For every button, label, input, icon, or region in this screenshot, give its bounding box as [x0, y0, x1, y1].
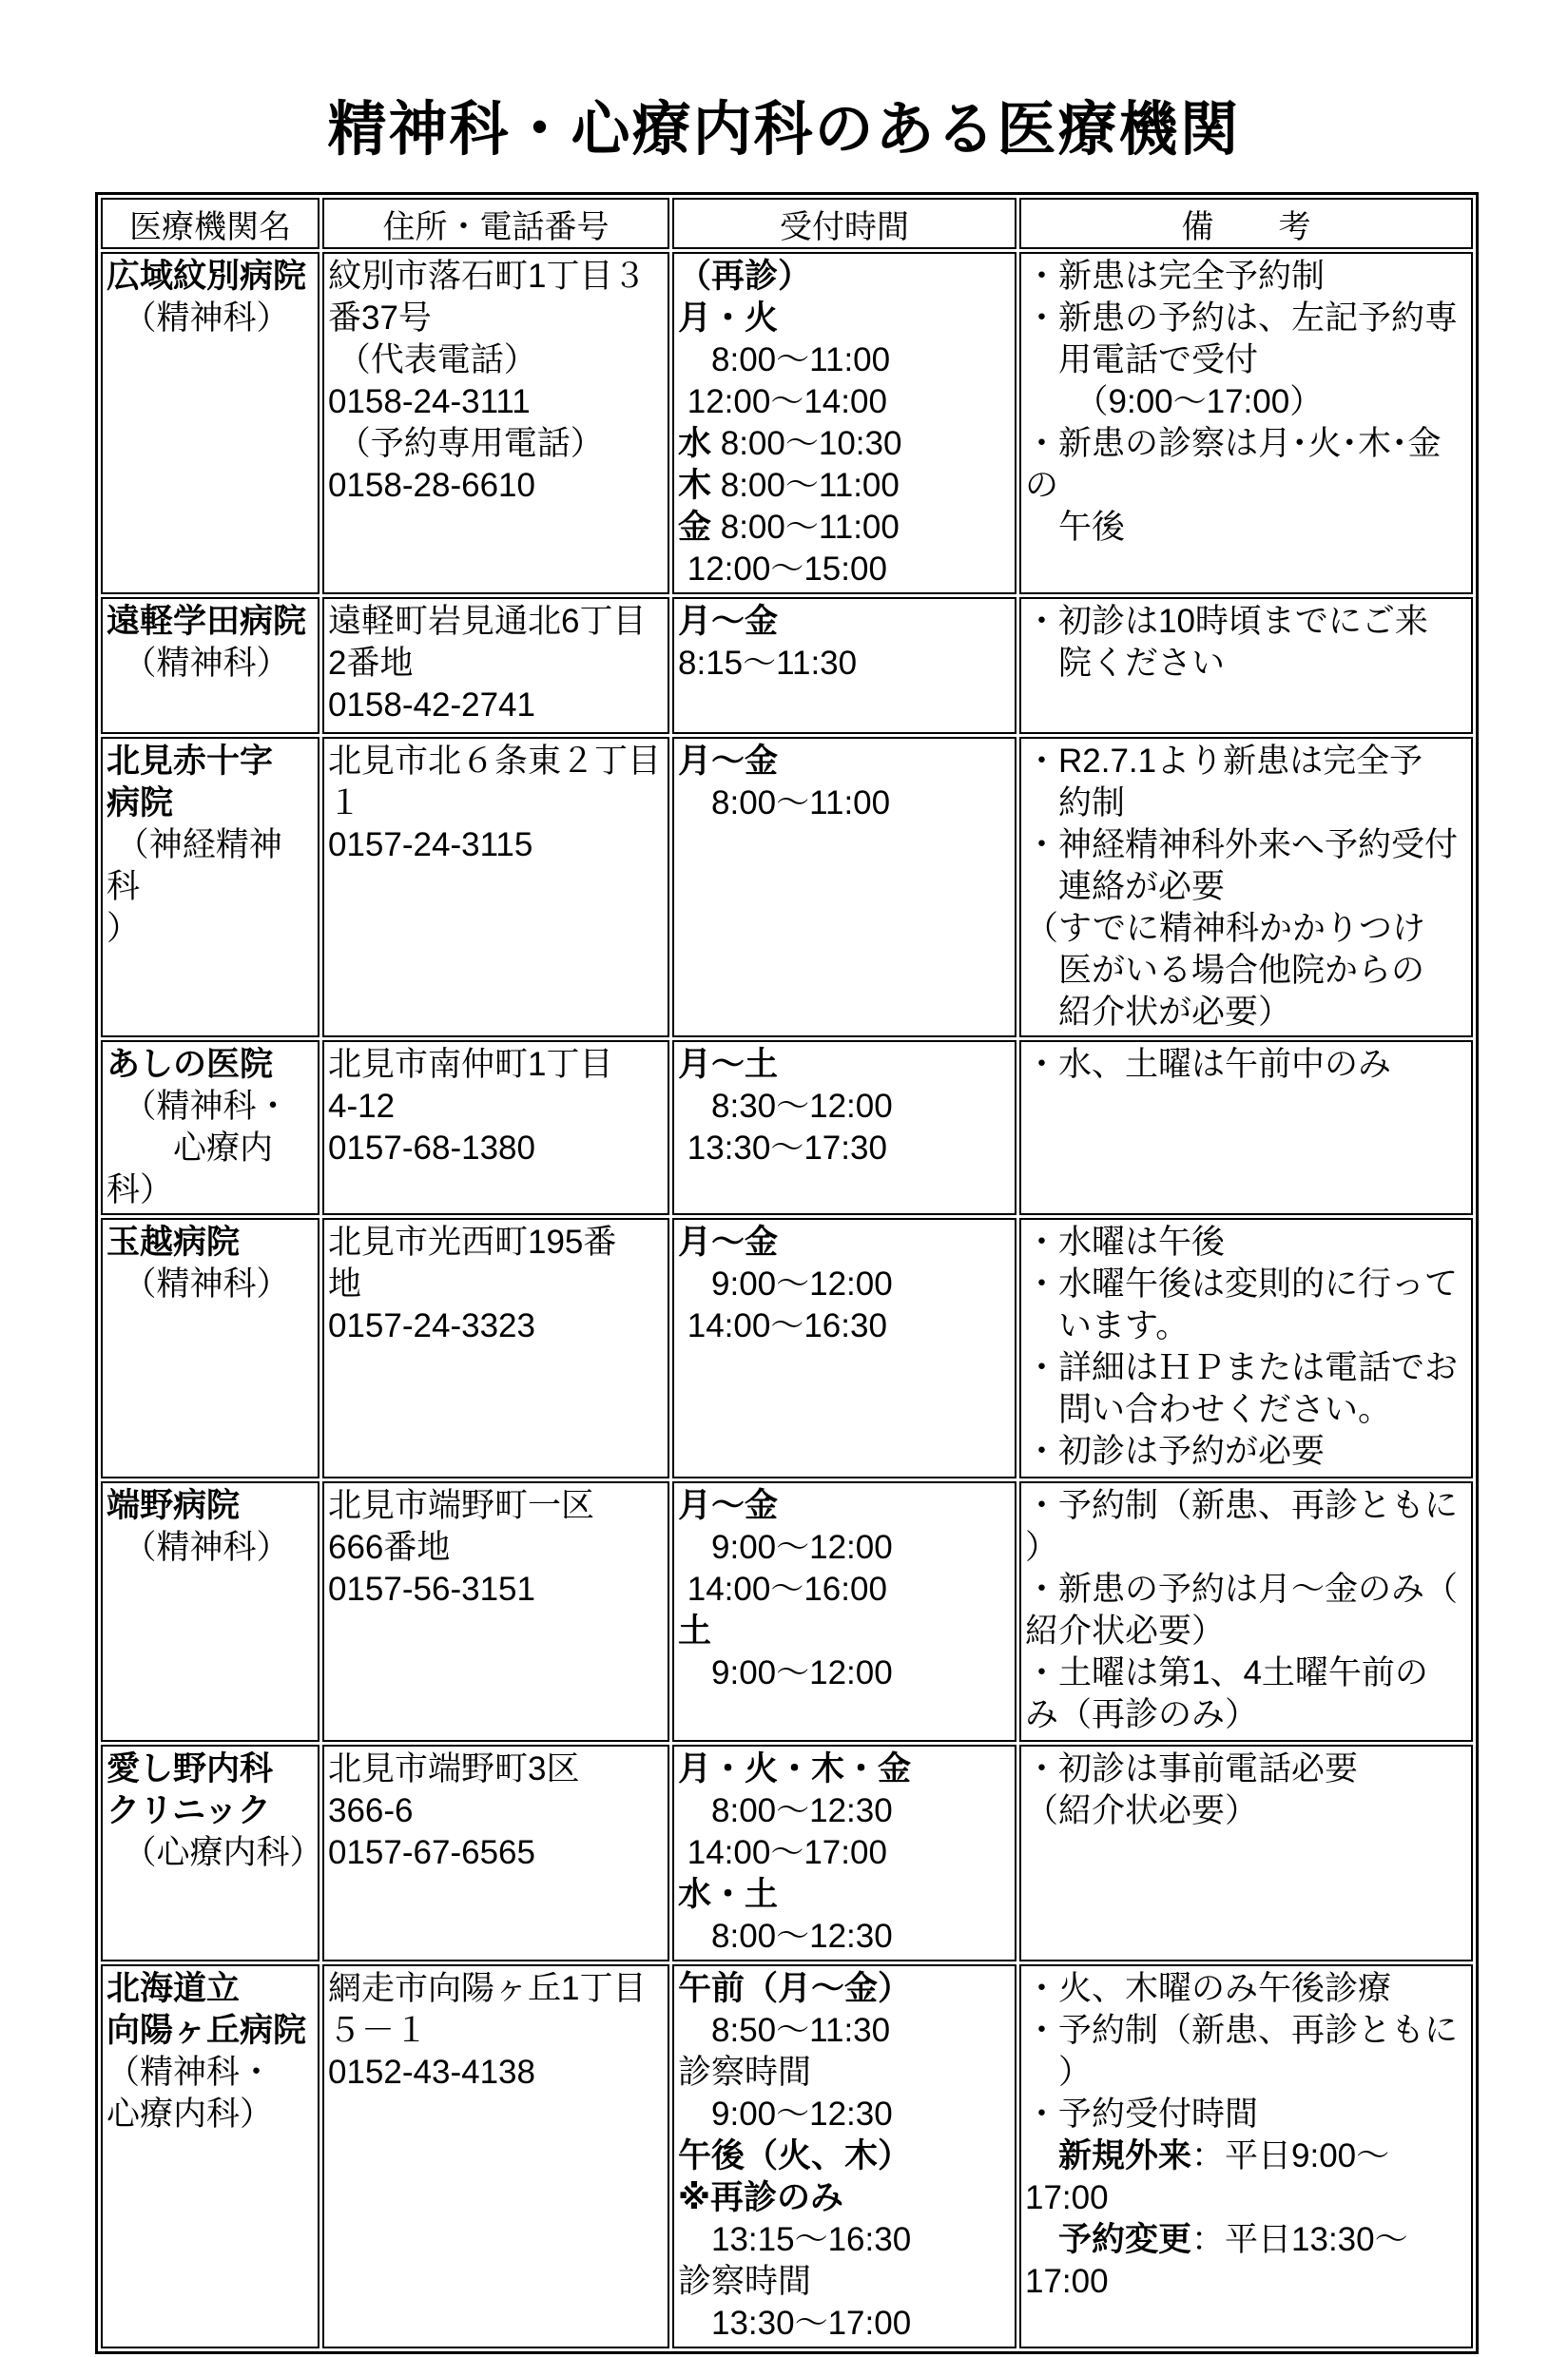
text-line: 北海道立	[106, 1968, 315, 2010]
cell-institution-name: 遠軽学田病院 （精神科）	[101, 597, 319, 734]
header-reception-hours: 受付時間	[672, 198, 1016, 249]
table-body: 広域紋別病院 （精神科）紋別市落石町1丁目３番37号 （代表電話）0158-24…	[101, 252, 1473, 2348]
text-line: 17:00	[1025, 2261, 1468, 2303]
text: ・初診は10時頃までにご来	[1025, 603, 1428, 640]
text-line: 遠軽学田病院	[106, 601, 315, 643]
text: ・新患の予約は月～金のみ（	[1025, 1571, 1458, 1608]
text-line: 約制	[1025, 782, 1468, 824]
text: （すでに精神科かかりつけ	[1025, 910, 1425, 947]
bold-text: 遠軽学田病院	[106, 603, 306, 640]
text-line: 心療内科）	[106, 1128, 315, 1211]
text: 14:00～17:00	[678, 1834, 887, 1871]
text: ）	[106, 910, 140, 947]
text-line: 366-6	[328, 1790, 665, 1832]
text	[1025, 2221, 1058, 2258]
bold-text: 広域紋別病院	[106, 258, 306, 295]
text: ・水曜午後は変則的に行って	[1025, 1265, 1458, 1303]
text: ・神経精神科外来へ予約受付	[1025, 826, 1458, 863]
cell-remarks: ・予約制（新患、再診ともに）・新患の予約は月～金のみ（紹介状必要）・土曜は第1、…	[1019, 1481, 1473, 1742]
text-line: ・予約受付時間	[1025, 2094, 1468, 2135]
text: 診察時間	[678, 2054, 811, 2091]
cell-institution-name: 愛し野内科クリニック （心療内科）	[101, 1745, 319, 1961]
text-line: 玉越病院	[106, 1222, 315, 1264]
text: 連絡が必要	[1025, 868, 1225, 905]
text: ・水、土曜は午前中のみ	[1025, 1046, 1391, 1083]
text: （予約専用電話）	[328, 425, 604, 462]
text: 8:30～12:00	[678, 1088, 893, 1125]
text: 院ください	[1025, 645, 1225, 682]
cell-remarks: ・初診は事前電話必要（紹介状必要）	[1019, 1745, 1473, 1961]
text-line: 地	[328, 1264, 665, 1305]
text-line: 12:00～14:00	[678, 381, 1012, 423]
text-line: 0157-68-1380	[328, 1128, 665, 1169]
table-row: 北海道立向陽ヶ丘病院（精神科・心療内科）網走市向陽ヶ丘1丁目５－１0152-43…	[101, 1964, 1473, 2348]
header-remarks: 備 考	[1019, 198, 1473, 249]
text-line: 番37号	[328, 298, 665, 339]
text-line: 金 8:00～11:00	[678, 507, 1012, 549]
cell-remarks: ・新患は完全予約制・新患の予約は、左記予約専 用電話で受付 （9:00～17:0…	[1019, 252, 1473, 594]
text-line: 紹介状が必要）	[1025, 992, 1468, 1034]
text-line: 8:15～11:30	[678, 643, 1012, 685]
text: 午後	[1025, 509, 1125, 546]
text: 14:00～16:00	[678, 1571, 887, 1608]
text-line: ・予約制（新患、再診ともに	[1025, 2010, 1468, 2052]
cell-address-phone: 北見市端野町3区366-60157-67-6565	[322, 1745, 669, 1961]
text-line: 用電話で受付	[1025, 339, 1468, 381]
text: 0157-24-3323	[328, 1307, 535, 1344]
text-line: ・水、土曜は午前中のみ	[1025, 1044, 1468, 1086]
cell-remarks: ・R2.7.1より新患は完全予 約制・神経精神科外来へ予約受付 連絡が必要（すで…	[1019, 737, 1473, 1037]
text-line: ）	[1025, 1527, 1468, 1569]
text: （紹介状必要）	[1025, 1792, 1258, 1829]
text-line: 2番地	[328, 643, 665, 685]
text-line: 8:50～11:30	[678, 2010, 1012, 2052]
text-line: 8:00～12:30	[678, 1916, 1012, 1958]
text: 666番地	[328, 1529, 450, 1566]
text-line: 紹介状必要）	[1025, 1611, 1468, 1652]
text-line: 9:00～12:00	[678, 1652, 1012, 1694]
text-line: クリニック	[106, 1790, 315, 1832]
text-line: 月・火	[678, 298, 1012, 339]
text-line: 月～金	[678, 1485, 1012, 1527]
text: ・初診は予約が必要	[1025, 1433, 1325, 1470]
bold-text: 午前（月～金）	[678, 1970, 911, 2007]
text-line: 8:00～12:30	[678, 1790, 1012, 1832]
text-line: 診察時間	[678, 2052, 1012, 2094]
text-line: います。	[1025, 1305, 1468, 1347]
text-line: 北見市南仲町1丁目	[328, 1044, 665, 1086]
text-line: 13:15～16:30	[678, 2219, 1012, 2261]
text-line: （精神科・	[106, 2052, 315, 2094]
cell-reception-hours: （再診）月・火 8:00～11:00 12:00～14:00水 8:00～10:…	[672, 252, 1016, 594]
bold-text: 北海道立	[106, 1970, 240, 2007]
text-line: み（再診のみ）	[1025, 1694, 1468, 1736]
text: ・初診は事前電話必要	[1025, 1750, 1358, 1787]
text-line: 0157-24-3323	[328, 1305, 665, 1347]
text: 心療内科）	[106, 2096, 273, 2133]
text-line: あしの医院	[106, 1044, 315, 1086]
text-line: 9:00～12:00	[678, 1264, 1012, 1305]
bold-text: 月～土	[678, 1046, 778, 1083]
text: （代表電話）	[328, 341, 537, 378]
table-row: 遠軽学田病院 （精神科）遠軽町岩見通北6丁目2番地0158-42-2741月～金…	[101, 597, 1473, 734]
bold-text: 月～金	[678, 1487, 778, 1524]
cell-address-phone: 網走市向陽ヶ丘1丁目５－１0152-43-4138	[322, 1964, 669, 2348]
text-line: 水 8:00～10:30	[678, 423, 1012, 465]
text: 網走市向陽ヶ丘1丁目	[328, 1970, 646, 2007]
text: 8:00～12:30	[678, 1918, 893, 1955]
cell-institution-name: 玉越病院 （精神科）	[101, 1218, 319, 1478]
text: 0157-24-3115	[328, 826, 532, 863]
text: ・詳細はＨＰまたは電話でお	[1025, 1349, 1458, 1386]
cell-reception-hours: 月～金 8:00～11:00	[672, 737, 1016, 1037]
bold-text: 金	[678, 509, 711, 546]
text-line: ・水曜は午後	[1025, 1222, 1468, 1264]
bold-text: ※再診のみ	[678, 2179, 843, 2216]
text-line: （予約専用電話）	[328, 423, 665, 465]
text-line: 14:00～16:00	[678, 1569, 1012, 1611]
text-line: 向陽ヶ丘病院	[106, 2010, 315, 2052]
text-line: 午後	[1025, 507, 1468, 549]
text: います。	[1025, 1307, 1189, 1344]
cell-institution-name: あしの医院 （精神科・ 心療内科）	[101, 1040, 319, 1215]
text: （9:00～17:00）	[1025, 383, 1323, 420]
text-line: 9:00～12:30	[678, 2094, 1012, 2135]
text: ・予約受付時間	[1025, 2096, 1258, 2133]
cell-address-phone: 遠軽町岩見通北6丁目2番地0158-42-2741	[322, 597, 669, 734]
text: 2番地	[328, 645, 413, 682]
text: 9:00～12:00	[678, 1529, 893, 1566]
cell-institution-name: 広域紋別病院 （精神科）	[101, 252, 319, 594]
text-line: 13:30～17:30	[678, 1128, 1012, 1169]
text: 北見市南仲町1丁目	[328, 1046, 612, 1083]
text-line: ・予約制（新患、再診ともに	[1025, 1485, 1468, 1527]
cell-remarks: ・水曜は午後・水曜午後は変則的に行って います。・詳細はＨＰまたは電話でお 問い…	[1019, 1218, 1473, 1478]
cell-address-phone: 紋別市落石町1丁目３番37号 （代表電話）0158-24-3111 （予約専用電…	[322, 252, 669, 594]
table-row: 端野病院 （精神科）北見市端野町一区666番地0157-56-3151月～金 9…	[101, 1481, 1473, 1742]
text-line: 北見市光西町195番	[328, 1222, 665, 1264]
text: 9:00～12:00	[678, 1265, 893, 1303]
text: （神経精神科	[106, 826, 282, 905]
text-line: 8:00～11:00	[678, 782, 1012, 824]
cell-address-phone: 北見市南仲町1丁目4-120157-68-1380	[322, 1040, 669, 1215]
text: 遠軽町岩見通北6丁目	[328, 603, 646, 640]
text-line: 土	[678, 1611, 1012, 1652]
text-line: （9:00～17:00）	[1025, 381, 1468, 423]
cell-institution-name: 北見赤十字病院 （神経精神科）	[101, 737, 319, 1037]
text: （精神科）	[106, 1529, 290, 1566]
bold-text: 北見赤十字	[106, 743, 273, 780]
cell-reception-hours: 月～金 9:00～12:00 14:00～16:30	[672, 1218, 1016, 1478]
bold-text: クリニック	[106, 1792, 271, 1829]
text-line: 月～金	[678, 601, 1012, 643]
text: ・土曜は第1、4土曜午前の	[1025, 1654, 1428, 1691]
header-row: 医療機関名 住所・電話番号 受付時間 備 考	[101, 198, 1473, 249]
text-line: （精神科・	[106, 1086, 315, 1128]
bold-text: （再診）	[678, 258, 811, 295]
text: 0158-28-6610	[328, 467, 535, 504]
text: ・R2.7.1より新患は完全予	[1025, 743, 1423, 780]
text-line: 0152-43-4138	[328, 2052, 665, 2094]
text: （精神科）	[106, 1265, 290, 1303]
text: 北見市光西町195番	[328, 1224, 616, 1261]
text-line: （再診）	[678, 256, 1012, 298]
text: 8:00～11:00	[678, 784, 890, 821]
text: 9:00～12:00	[678, 1654, 893, 1691]
text: 0152-43-4138	[328, 2054, 535, 2091]
text-line: 病院	[106, 782, 315, 824]
text: 13:30～17:30	[678, 1130, 887, 1167]
text: （心療内科）	[106, 1834, 319, 1871]
text-line: 0158-28-6610	[328, 465, 665, 507]
text-line: 連絡が必要	[1025, 866, 1468, 908]
text: １	[328, 784, 361, 821]
cell-reception-hours: 月～金8:15～11:30	[672, 597, 1016, 734]
text-line: ・R2.7.1より新患は完全予	[1025, 741, 1468, 782]
text-line: ・新患は完全予約制	[1025, 256, 1468, 298]
text-line: （心療内科）	[106, 1832, 315, 1874]
text-line: 13:30～17:00	[678, 2303, 1012, 2345]
text: 12:00～14:00	[678, 383, 887, 420]
text: 約制	[1025, 784, 1125, 821]
text-line: 午後（火、木）	[678, 2135, 1012, 2177]
bold-text: 午後（火、木）	[678, 2137, 911, 2174]
bold-text: 病院	[106, 784, 173, 821]
text-line: 0157-56-3151	[328, 1569, 665, 1611]
text: 14:00～16:30	[678, 1307, 887, 1344]
text-line: 0157-24-3115	[328, 824, 665, 866]
text-line: 4-12	[328, 1086, 665, 1128]
cell-reception-hours: 月～土 8:30～12:00 13:30～17:30	[672, 1040, 1016, 1215]
cell-address-phone: 北見市端野町一区666番地0157-56-3151	[322, 1481, 669, 1742]
text: み（再診のみ）	[1025, 1696, 1258, 1733]
cell-remarks: ・水、土曜は午前中のみ	[1019, 1040, 1473, 1215]
bold-text: 水・土	[678, 1876, 778, 1913]
text: 紋別市落石町1丁目３	[328, 258, 646, 295]
text-line: ・火、木曜のみ午後診療	[1025, 1968, 1468, 2010]
text: ）	[1025, 1529, 1058, 1566]
text-line: 予約変更：平日13:30～	[1025, 2219, 1468, 2261]
medical-institutions-table: 医療機関名 住所・電話番号 受付時間 備 考 広域紋別病院 （精神科）紋別市落石…	[95, 192, 1479, 2354]
text-line: ・新患の予約は月～金のみ（	[1025, 1569, 1468, 1611]
text: 8:00～11:00	[711, 467, 900, 504]
text-line: ５－１	[328, 2010, 665, 2052]
text: 12:00～15:00	[678, 551, 887, 588]
text-line: 14:00～17:00	[678, 1832, 1012, 1874]
text-line: ・初診は予約が必要	[1025, 1431, 1468, 1473]
text-line: 0158-42-2741	[328, 685, 665, 726]
text-line: ・神経精神科外来へ予約受付	[1025, 824, 1468, 866]
text: 北見市端野町一区	[328, 1487, 594, 1524]
table-row: 愛し野内科クリニック （心療内科）北見市端野町3区366-60157-67-65…	[101, 1745, 1473, 1961]
text-line: 月・火・木・金	[678, 1748, 1012, 1790]
text-line: 午前（月～金）	[678, 1968, 1012, 2010]
text: 17:00	[1025, 2179, 1109, 2216]
text: 北見市北６条東２丁目	[328, 743, 661, 780]
cell-remarks: ・火、木曜のみ午後診療・予約制（新患、再診ともに ）・予約受付時間 新規外来：平…	[1019, 1964, 1473, 2348]
text-line: 北見市端野町3区	[328, 1748, 665, 1790]
text: （精神科）	[106, 299, 290, 337]
text: 8:00～10:30	[711, 425, 901, 462]
table-row: 北見赤十字病院 （神経精神科）北見市北６条東２丁目１0157-24-3115月～…	[101, 737, 1473, 1037]
text: 紹介状必要）	[1025, 1613, 1225, 1650]
cell-remarks: ・初診は10時頃までにご来 院ください	[1019, 597, 1473, 734]
text: （精神科）	[106, 645, 290, 682]
text: 0157-56-3151	[328, 1571, 535, 1608]
text-line: （紹介状必要）	[1025, 1790, 1468, 1832]
text-line: ・初診は10時頃までにご来	[1025, 601, 1468, 643]
text: 0158-42-2741	[328, 686, 535, 724]
text-line: （精神科）	[106, 1264, 315, 1305]
text-line: 遠軽町岩見通北6丁目	[328, 601, 665, 643]
text: 0157-67-6565	[328, 1834, 535, 1871]
text: ：平日13:30～	[1191, 2221, 1408, 2258]
bold-text: 月・火・木・金	[678, 1750, 911, 1787]
text-line: （神経精神科	[106, 824, 315, 908]
bold-text: 月・火	[678, 299, 778, 337]
text: ・新患の診察は月･火･木･金の	[1025, 425, 1442, 504]
text-line: 端野病院	[106, 1485, 315, 1527]
text: （精神科・	[106, 1088, 290, 1125]
text-line: 14:00～16:30	[678, 1305, 1012, 1347]
text-line: 月～金	[678, 1222, 1012, 1264]
text: 紹介状が必要）	[1025, 994, 1291, 1031]
text: （精神科・	[106, 2054, 273, 2091]
text-line: ・水曜午後は変則的に行って	[1025, 1264, 1468, 1305]
text-line: ・初診は事前電話必要	[1025, 1748, 1468, 1790]
text: 8:00～11:00	[678, 341, 890, 378]
text-line: 北見赤十字	[106, 741, 315, 782]
text: 北見市端野町3区	[328, 1750, 579, 1787]
text: 心療内科）	[106, 1130, 273, 1208]
text-line: 愛し野内科	[106, 1748, 315, 1790]
text-line: 院ください	[1025, 643, 1468, 685]
text: 13:30～17:00	[678, 2305, 911, 2342]
text-line: 木 8:00～11:00	[678, 465, 1012, 507]
text-line: 9:00～12:00	[678, 1527, 1012, 1569]
text-line: ・新患の診察は月･火･木･金の	[1025, 423, 1468, 507]
text-line: ・詳細はＨＰまたは電話でお	[1025, 1347, 1468, 1389]
text-line: 広域紋別病院	[106, 256, 315, 298]
text-line: 0157-67-6565	[328, 1832, 665, 1874]
text-line: 北見市北６条東２丁目	[328, 741, 665, 782]
text-line: ）	[106, 908, 315, 950]
text: 地	[328, 1265, 361, 1303]
text-line: ・土曜は第1、4土曜午前の	[1025, 1652, 1468, 1694]
bold-text: 月～金	[678, 1224, 778, 1261]
page-title: 精神科・心療内科のある医療機関	[0, 82, 1568, 166]
cell-institution-name: 北海道立向陽ヶ丘病院（精神科・心療内科）	[101, 1964, 319, 2348]
text-line: 8:30～12:00	[678, 1086, 1012, 1128]
bold-text: 端野病院	[106, 1487, 240, 1524]
header-institution-name: 医療機関名	[101, 198, 319, 249]
cell-address-phone: 北見市北６条東２丁目１0157-24-3115	[322, 737, 669, 1037]
text: 0157-68-1380	[328, 1130, 535, 1167]
text-line: 月～土	[678, 1044, 1012, 1086]
bold-text: 玉越病院	[106, 1224, 240, 1261]
table-row: 広域紋別病院 （精神科）紋別市落石町1丁目３番37号 （代表電話）0158-24…	[101, 252, 1473, 594]
text-line: 網走市向陽ヶ丘1丁目	[328, 1968, 665, 2010]
text: 17:00	[1025, 2263, 1109, 2300]
cell-reception-hours: 月～金 9:00～12:00 14:00～16:00土 9:00～12:00	[672, 1481, 1016, 1742]
text: ・予約制（新患、再診ともに	[1025, 2012, 1458, 2049]
text-line: 8:00～11:00	[678, 339, 1012, 381]
text: ・水曜は午後	[1025, 1224, 1225, 1261]
text-line: 12:00～15:00	[678, 549, 1012, 590]
text: 13:15～16:30	[678, 2221, 911, 2258]
text: 番37号	[328, 299, 432, 337]
text: ・予約制（新患、再診ともに	[1025, 1487, 1458, 1524]
text: ・新患の予約は、左記予約専	[1025, 299, 1458, 337]
text-line: （精神科）	[106, 643, 315, 685]
table-row: あしの医院 （精神科・ 心療内科）北見市南仲町1丁目4-120157-68-13…	[101, 1040, 1473, 1215]
bold-text: 向陽ヶ丘病院	[106, 2012, 306, 2049]
text-line: 水・土	[678, 1874, 1012, 1916]
text: ・火、木曜のみ午後診療	[1025, 1970, 1391, 2007]
text: 診察時間	[678, 2263, 811, 2300]
bold-text: 木	[678, 467, 711, 504]
bold-text: 月～金	[678, 603, 778, 640]
text-line: 問い合わせください。	[1025, 1389, 1468, 1431]
cell-address-phone: 北見市光西町195番地0157-24-3323	[322, 1218, 669, 1478]
cell-institution-name: 端野病院 （精神科）	[101, 1481, 319, 1742]
text-line: 0158-24-3111	[328, 381, 665, 423]
text-line: 月～金	[678, 741, 1012, 782]
text-line: 診察時間	[678, 2261, 1012, 2303]
text-line: （代表電話）	[328, 339, 665, 381]
text-line: ）	[1025, 2052, 1468, 2094]
text: 問い合わせください。	[1025, 1391, 1391, 1428]
bold-text: 新規外来	[1058, 2137, 1191, 2174]
text: 9:00～12:30	[678, 2096, 893, 2133]
text: 366-6	[328, 1792, 414, 1829]
text-line: 17:00	[1025, 2177, 1468, 2219]
text: 8:15～11:30	[678, 645, 857, 682]
header-address-phone: 住所・電話番号	[322, 198, 669, 249]
cell-reception-hours: 月・火・木・金 8:00～12:30 14:00～17:00水・土 8:00～1…	[672, 1745, 1016, 1961]
bold-text: 水	[678, 425, 711, 462]
text-line: １	[328, 782, 665, 824]
text	[1025, 2137, 1058, 2174]
text-line: ・新患の予約は、左記予約専	[1025, 298, 1468, 339]
text-line: （精神科）	[106, 1527, 315, 1569]
bold-text: 土	[678, 1613, 711, 1650]
text-line: ※再診のみ	[678, 2177, 1012, 2219]
text: 8:50～11:30	[678, 2012, 890, 2049]
text: ）	[1025, 2054, 1092, 2091]
text: ：平日9:00～	[1191, 2137, 1389, 2174]
text: 医がいる場合他院からの	[1025, 952, 1424, 989]
text-line: 新規外来：平日9:00～	[1025, 2135, 1468, 2177]
text-line: 紋別市落石町1丁目３	[328, 256, 665, 298]
text: 用電話で受付	[1025, 341, 1258, 378]
text-line: 北見市端野町一区	[328, 1485, 665, 1527]
text-line: （精神科）	[106, 298, 315, 339]
bold-text: 予約変更	[1058, 2221, 1191, 2258]
table-row: 玉越病院 （精神科）北見市光西町195番地0157-24-3323月～金 9:0…	[101, 1218, 1473, 1478]
text: ５－１	[328, 2012, 428, 2049]
bold-text: 月～金	[678, 743, 778, 780]
text: 0158-24-3111	[328, 383, 531, 420]
text: ・新患は完全予約制	[1025, 258, 1325, 295]
bold-text: あしの医院	[106, 1046, 273, 1083]
text: 4-12	[328, 1088, 395, 1125]
text: 8:00～11:00	[711, 509, 900, 546]
cell-reception-hours: 午前（月～金） 8:50～11:30診察時間 9:00～12:30午後（火、木）…	[672, 1964, 1016, 2348]
bold-text: 愛し野内科	[106, 1750, 273, 1787]
text-line: 医がいる場合他院からの	[1025, 950, 1468, 992]
text-line: （すでに精神科かかりつけ	[1025, 908, 1468, 950]
